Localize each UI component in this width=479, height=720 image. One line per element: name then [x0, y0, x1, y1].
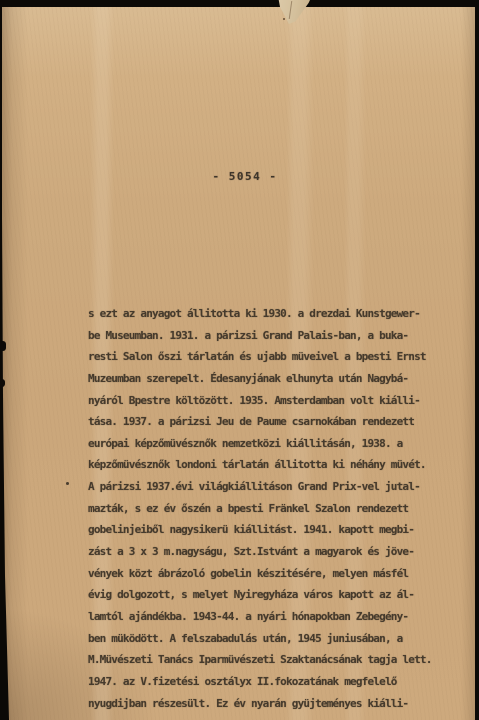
page-number: - 5054 - [200, 170, 290, 183]
text-line: zást a 3 x 3 m.nagyságu, Szt.Istvánt a m… [88, 541, 440, 563]
text-line: gobelinjeiből nagysikerü kiállitást. 194… [88, 519, 440, 541]
text-line: mazták, s ez év őszén a bpesti Fränkel S… [88, 498, 440, 520]
text-line: 1947. az V.fizetési osztályx II.fokozatá… [88, 671, 440, 693]
paper-speck [283, 18, 285, 20]
paper-sheet: - 5054 - s ezt az anyagot állitotta ki 1… [2, 7, 475, 720]
body-text: s ezt az anyagot állitotta ki 1930. a dr… [88, 303, 440, 714]
text-line: be Museumban. 1931. a párizsi Grand Pala… [88, 325, 440, 347]
text-line: nyugdijban részesült. Ez év nyarán gyüjt… [88, 693, 440, 715]
text-line: lamtól ajándékba. 1943-44. a nyári hónap… [88, 606, 440, 628]
text-line: vények közt ábrázoló gobelin készitésére… [88, 563, 440, 585]
text-line: évig dolgozott, s melyet Nyiregyháza vár… [88, 584, 440, 606]
binding-notch [0, 341, 6, 351]
text-line: európai képzőmüvésznők nemzetközi kiálli… [88, 433, 440, 455]
text-line: tása. 1937. a párizsi Jeu de Paume csarn… [88, 411, 440, 433]
text-line: Muzeumban szerepelt. Édesanyjának elhuny… [88, 368, 440, 390]
text-line: resti Salon őszi tárlatán és ujabb müvei… [88, 346, 440, 368]
text-line: M.Müvészeti Tanács Iparmüvészeti Szaktan… [88, 649, 440, 671]
text-line: ben müködött. A felszabadulás után, 1945… [88, 628, 440, 650]
text-line: A párizsi 1937.évi világkiállitáson Gran… [88, 476, 440, 498]
scanned-document-page: - 5054 - s ezt az anyagot állitotta ki 1… [0, 0, 479, 720]
ink-dot [66, 482, 69, 485]
tab-crease-line [289, 1, 292, 19]
text-line: nyáról Bpestre költözött. 1935. Amsterda… [88, 390, 440, 412]
text-line: képzőmüvésznők londoni tárlatán állitott… [88, 454, 440, 476]
binding-notch [0, 379, 5, 387]
text-line: s ezt az anyagot állitotta ki 1930. a dr… [88, 303, 440, 325]
